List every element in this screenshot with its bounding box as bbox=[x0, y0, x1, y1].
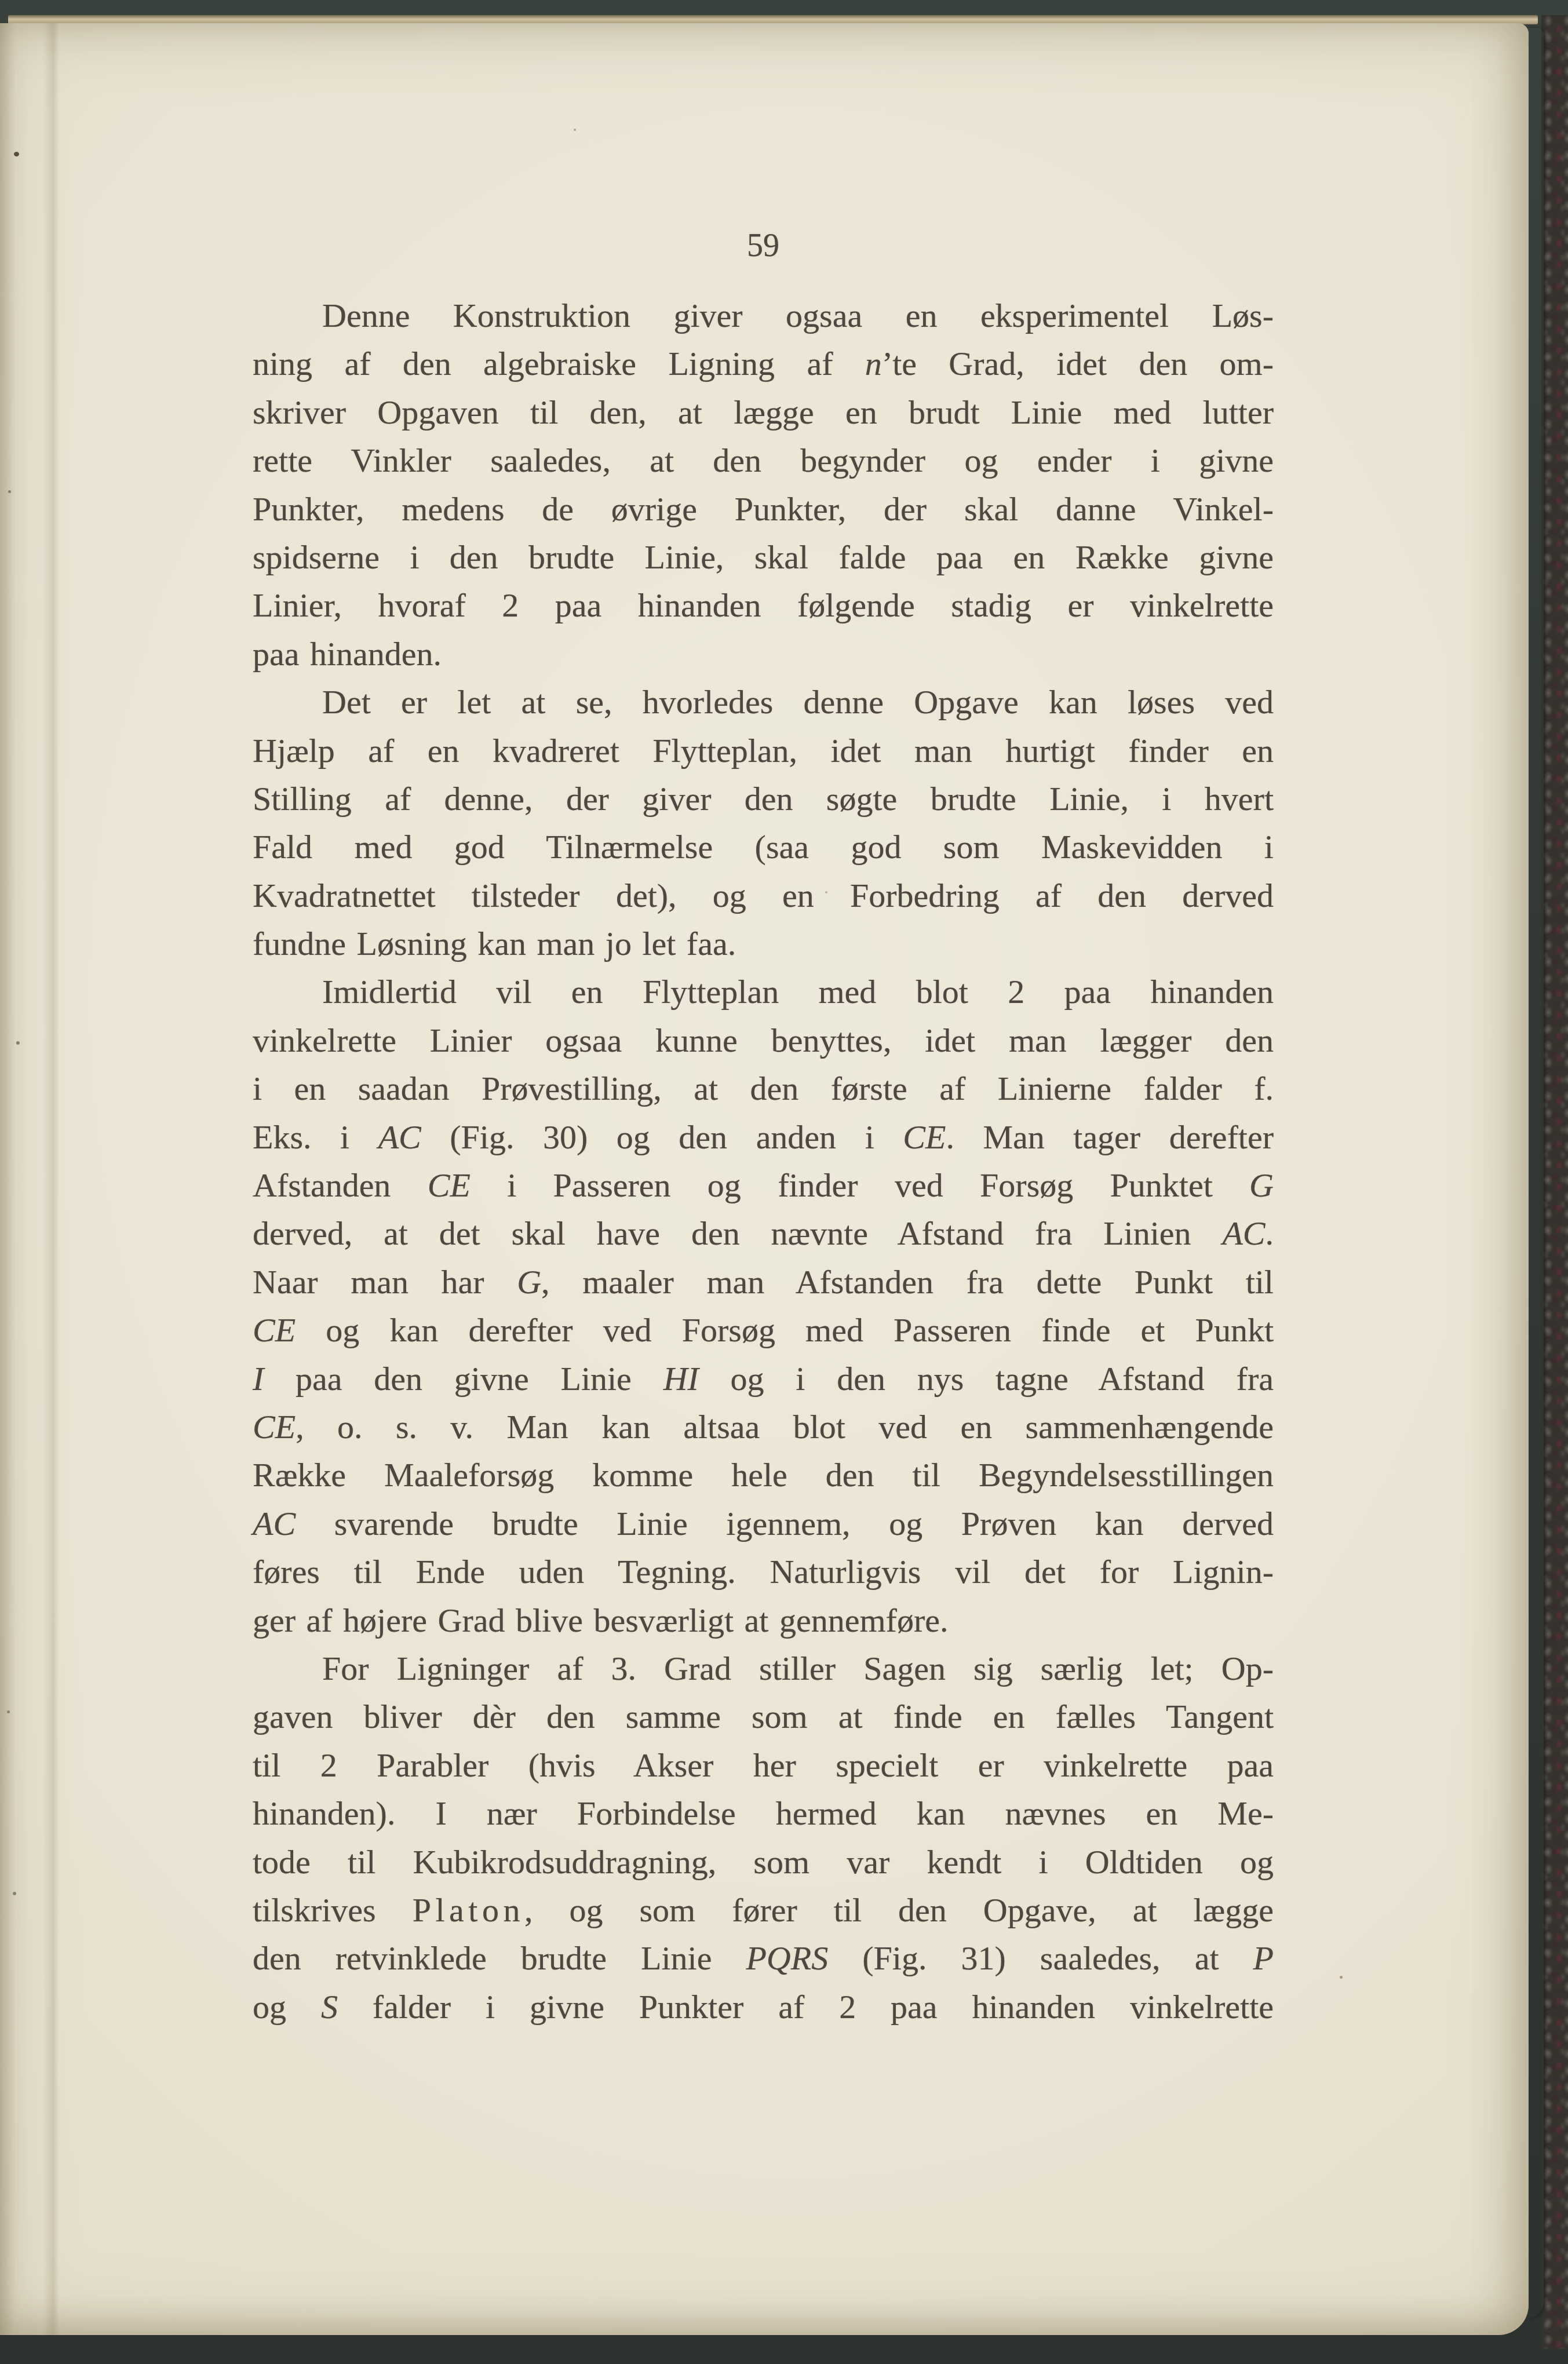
text-line: CE og kan derefter ved Forsøg med Passer… bbox=[253, 1306, 1274, 1354]
text-run: rette Vinkler saaledes, at den begynder … bbox=[253, 442, 1274, 479]
dust-speck bbox=[1340, 1976, 1343, 1979]
text-run: , og som fører til den Opgave, at lægge bbox=[524, 1891, 1274, 1929]
text-run: G bbox=[517, 1263, 541, 1301]
text-run: skriver Opgaven til den, at lægge en bru… bbox=[253, 393, 1274, 431]
text-run: derved, at det skal have den nævnte Afst… bbox=[253, 1214, 1222, 1252]
text-run: svarende brudte Linie igennem, og Prøven… bbox=[296, 1505, 1274, 1542]
text-run: CE bbox=[253, 1408, 296, 1446]
dust-speck bbox=[13, 1892, 16, 1895]
text-line: tilskrives Platon, og som fører til den … bbox=[253, 1886, 1274, 1934]
text-run: føres til Ende uden Tegning. Naturligvis… bbox=[253, 1553, 1274, 1590]
text-run: Det er let at se, hvorledes denne Opgave… bbox=[322, 683, 1274, 721]
dust-speck bbox=[14, 152, 19, 156]
text-run: PQRS bbox=[746, 1939, 828, 1977]
text-run: G bbox=[1249, 1166, 1274, 1204]
text-line: ger af højere Grad blive besværligt at g… bbox=[253, 1596, 1274, 1644]
text-run: (Fig. 31) saaledes, at bbox=[828, 1939, 1253, 1977]
text-line: til 2 Parabler (hvis Akser her specielt … bbox=[253, 1741, 1274, 1789]
text-run: ’te Grad, idet den om- bbox=[882, 345, 1274, 382]
text-run: i Passeren og finder ved Forsøg Punktet bbox=[471, 1166, 1249, 1204]
text-run: AC bbox=[378, 1118, 421, 1156]
text-run: Hjælp af en kvadreret Flytteplan, idet m… bbox=[253, 732, 1274, 769]
text-run: paa den givne Linie bbox=[264, 1360, 663, 1398]
text-run: Linier, hvoraf 2 paa hinanden følgende s… bbox=[253, 586, 1274, 624]
text-run: tode til Kubikrodsuddragning, som var ke… bbox=[253, 1843, 1274, 1881]
text-run: AC bbox=[253, 1505, 296, 1542]
text-line: fundne Løsning kan man jo let faa. bbox=[253, 920, 1274, 968]
text-line: Imidlertid vil en Flytteplan med blot 2 … bbox=[253, 968, 1274, 1016]
text-line: Linier, hvoraf 2 paa hinanden følgende s… bbox=[253, 581, 1274, 629]
text-run: AC bbox=[1222, 1214, 1265, 1252]
text-line: spidserne i den brudte Linie, skal falde… bbox=[253, 533, 1274, 581]
text-line: paa hinanden. bbox=[253, 630, 1274, 678]
text-run: paa hinanden. bbox=[253, 635, 442, 673]
text-run: Stilling af denne, der giver den søgte b… bbox=[253, 780, 1274, 818]
text-line: Kvadratnettet tilsteder det), og en Forb… bbox=[253, 871, 1274, 920]
dust-speck bbox=[8, 490, 11, 493]
text-run: Fald med god Tilnærmelse (saa god som Ma… bbox=[253, 828, 1274, 866]
text-line: vinkelrette Linier ogsaa kunne benyttes,… bbox=[253, 1016, 1274, 1064]
dust-speck bbox=[7, 1710, 10, 1713]
text-run: og bbox=[253, 1988, 321, 2026]
text-run: I bbox=[253, 1360, 264, 1398]
text-run: og kan derefter ved Forsøg med Passeren … bbox=[296, 1311, 1274, 1349]
text-line: føres til Ende uden Tegning. Naturligvis… bbox=[253, 1548, 1274, 1596]
text-line: AC svarende brudte Linie igennem, og Prø… bbox=[253, 1500, 1274, 1548]
text-run: ning af den algebraiske Ligning af bbox=[253, 345, 865, 382]
text-block: Denne Konstruktion giver ogsaa en eksper… bbox=[253, 291, 1274, 2031]
stacked-page-edges-right bbox=[1526, 28, 1544, 2318]
text-run: Naar man har bbox=[253, 1263, 517, 1301]
text-run: Punkter, medens de øvrige Punkter, der s… bbox=[253, 490, 1274, 528]
text-run: S bbox=[321, 1988, 338, 2026]
text-run: n bbox=[865, 345, 882, 382]
text-run: , maaler man Afstanden fra dette Punkt t… bbox=[541, 1263, 1274, 1301]
text-line: Punkter, medens de øvrige Punkter, der s… bbox=[253, 485, 1274, 533]
text-line: Hjælp af en kvadreret Flytteplan, idet m… bbox=[253, 727, 1274, 775]
text-run: den retvinklede brudte Linie bbox=[253, 1939, 746, 1977]
text-run: . Man tager derefter bbox=[946, 1118, 1274, 1156]
text-run: til 2 Parabler (hvis Akser her specielt … bbox=[253, 1746, 1274, 1784]
text-run: CE bbox=[903, 1118, 946, 1156]
text-line: Stilling af denne, der giver den søgte b… bbox=[253, 775, 1274, 823]
text-run: For Ligninger af 3. Grad stiller Sagen s… bbox=[322, 1650, 1274, 1687]
text-line: tode til Kubikrodsuddragning, som var ke… bbox=[253, 1838, 1274, 1886]
text-line: den retvinklede brudte Linie PQRS (Fig. … bbox=[253, 1934, 1274, 1982]
text-run: , o. s. v. Man kan altsaa blot ved en sa… bbox=[296, 1408, 1274, 1446]
text-run: HI bbox=[663, 1360, 699, 1398]
text-run: hinanden). I nær Forbindelse hermed kan … bbox=[253, 1794, 1274, 1832]
text-run: Eks. i bbox=[253, 1118, 378, 1156]
text-run: CE bbox=[428, 1166, 471, 1204]
dust-speck bbox=[574, 129, 576, 131]
text-line: For Ligninger af 3. Grad stiller Sagen s… bbox=[253, 1644, 1274, 1692]
text-line: derved, at det skal have den nævnte Afst… bbox=[253, 1209, 1274, 1257]
text-run: og i den nys tagne Afstand fra bbox=[699, 1360, 1274, 1398]
text-run: Platon bbox=[413, 1891, 524, 1929]
text-line: rette Vinkler saaledes, at den begynder … bbox=[253, 436, 1274, 484]
text-run: (Fig. 30) og den anden i bbox=[421, 1118, 903, 1156]
dust-speck bbox=[825, 891, 827, 893]
book-cover-cloth-edge bbox=[1541, 15, 1568, 2349]
text-line: gaven bliver dèr den samme som at finde … bbox=[253, 1692, 1274, 1741]
text-run: Række Maaleforsøg komme hele den til Beg… bbox=[253, 1456, 1274, 1494]
text-run: Kvadratnettet tilsteder det), og en Forb… bbox=[253, 877, 1274, 914]
book-page: 59 Denne Konstruktion giver ogsaa en eks… bbox=[0, 23, 1529, 2335]
text-run: Afstanden bbox=[253, 1166, 428, 1204]
text-run: ger af højere Grad blive besværligt at g… bbox=[253, 1601, 948, 1639]
text-line: hinanden). I nær Forbindelse hermed kan … bbox=[253, 1789, 1274, 1837]
text-run: P bbox=[1253, 1939, 1274, 1977]
dust-speck bbox=[16, 1041, 20, 1045]
text-line: Det er let at se, hvorledes denne Opgave… bbox=[253, 678, 1274, 726]
page-number: 59 bbox=[253, 227, 1274, 264]
text-line: ning af den algebraiske Ligning af n’te … bbox=[253, 340, 1274, 388]
text-line: Naar man har G, maaler man Afstanden fra… bbox=[253, 1258, 1274, 1306]
text-line: Eks. i AC (Fig. 30) og den anden i CE. M… bbox=[253, 1113, 1274, 1161]
text-line: I paa den givne Linie HI og i den nys ta… bbox=[253, 1355, 1274, 1403]
text-line: Række Maaleforsøg komme hele den til Beg… bbox=[253, 1451, 1274, 1499]
text-line: CE, o. s. v. Man kan altsaa blot ved en … bbox=[253, 1403, 1274, 1451]
text-run: i en saadan Prøvestilling, at den første… bbox=[253, 1070, 1274, 1107]
text-run: tilskrives bbox=[253, 1891, 413, 1929]
text-run: gaven bliver dèr den samme som at finde … bbox=[253, 1698, 1274, 1735]
text-line: Fald med god Tilnærmelse (saa god som Ma… bbox=[253, 823, 1274, 871]
text-run: CE bbox=[253, 1311, 296, 1349]
text-run: falder i givne Punkter af 2 paa hinanden… bbox=[338, 1988, 1274, 2026]
text-run: spidserne i den brudte Linie, skal falde… bbox=[253, 538, 1274, 576]
text-line: i en saadan Prøvestilling, at den første… bbox=[253, 1064, 1274, 1112]
text-run: Imidlertid vil en Flytteplan med blot 2 … bbox=[322, 973, 1274, 1010]
text-line: Denne Konstruktion giver ogsaa en eksper… bbox=[253, 291, 1274, 340]
text-line: og S falder i givne Punkter af 2 paa hin… bbox=[253, 1983, 1274, 2031]
text-line: Afstanden CE i Passeren og finder ved Fo… bbox=[253, 1161, 1274, 1209]
text-run: fundne Løsning kan man jo let faa. bbox=[253, 925, 736, 962]
book-page-scan: 59 Denne Konstruktion giver ogsaa en eks… bbox=[0, 0, 1568, 2364]
text-run: vinkelrette Linier ogsaa kunne benyttes,… bbox=[253, 1022, 1274, 1059]
text-run: Denne Konstruktion giver ogsaa en eksper… bbox=[322, 297, 1274, 334]
text-run: . bbox=[1266, 1214, 1274, 1252]
text-line: skriver Opgaven til den, at lægge en bru… bbox=[253, 388, 1274, 436]
